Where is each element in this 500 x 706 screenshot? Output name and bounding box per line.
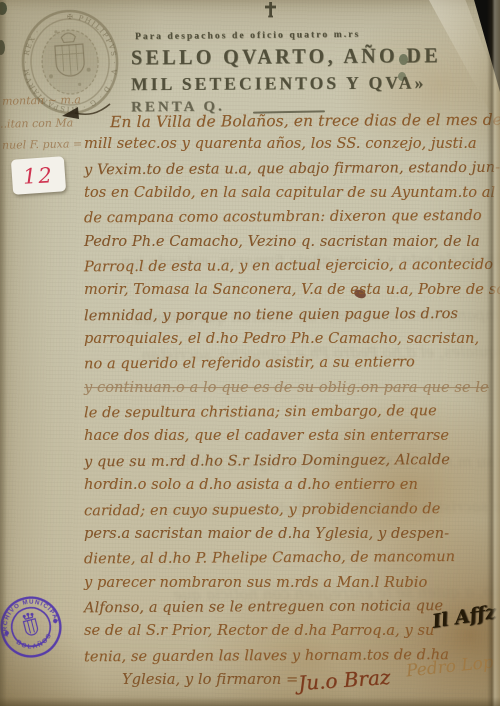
manuscript-line: pers.a sacristan maior de d.ha Yglesia, … [84,526,496,550]
manuscript-line: tos en Cabildo, en la sala capitular de … [84,185,496,209]
manuscript-line: Pedro Ph.e Camacho, Vezino q. sacristan … [84,234,496,258]
manuscript-line: lemnidad, y porque no tiene quien pague … [84,305,496,332]
manuscript-line: hace dos dias, que el cadaver esta sin e… [84,428,496,452]
manuscript-line: Parroq.l de esta u.a, y en actual ejerci… [84,257,496,284]
manuscript-line: y Vexim.to de esta u.a, que abajo firmar… [84,159,496,186]
manuscript-line: y parecer nombraron sus m.rds a Man.l Ru… [84,575,496,599]
cross-icon [263,2,278,23]
manuscript-line: hordin.o solo a d.ho asista a d.ho entie… [84,477,496,501]
manuscript-line: diente, al d.ho P. Phelipe Camacho, de m… [84,549,496,576]
manuscript-line: mill setec.os y quarenta años, los SS. c… [84,136,496,160]
manuscript-line: En la Villa de Bolaños, en trece dias de… [84,111,496,138]
archive-number-sticker: 12 [11,156,66,195]
margin-note: nuel F. puxa = [2,137,82,151]
header-line-2: MIL SETECIENTOS Y QVA» [131,72,426,96]
document-photo: ✠ PHILIPPVS · V · D · G · HISPANIARVM · … [0,0,500,706]
manuscript-text: En la Villa de Bolaños, en trece dias de… [84,112,496,696]
manuscript-line: no a querido el referido asistir, a su e… [84,354,496,381]
header-line-1: SELLO QVARTO, AÑO DE [131,44,441,71]
manuscript-line: le de sepultura christiana; sin embargo,… [84,403,496,430]
manuscript-line-struck: y continuan.o a lo que es de su oblig.on… [84,380,496,404]
manuscript-line: de campana como acostumbran: dixeron que… [84,208,496,235]
page-edge [0,0,7,706]
archive-number: 12 [23,163,55,189]
margin-note: montan ~ m.a [2,93,81,107]
manuscript-line: caridad; en cuyo supuesto, y probidencia… [84,500,496,527]
stamp-shield-icon [22,612,39,636]
manuscript-line: parroquiales, el d.ho Pedro Ph.e Camacho… [84,331,496,355]
manuscript-line: morir, Tomasa la Sanconera, V.a de esta … [84,282,496,306]
manuscript-line: y que su m.rd d.ho S.r Isidro Dominguez,… [84,452,496,479]
page-edge [487,0,500,706]
page-edge [0,697,500,706]
margin-note: ..itan con Ma [0,116,73,130]
